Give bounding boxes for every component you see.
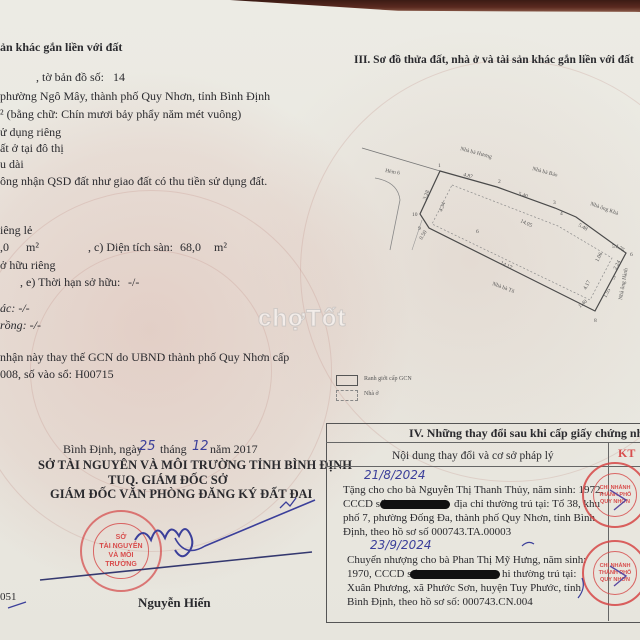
house-type: iêng lẻ xyxy=(0,223,32,237)
neighbor-label: Nhà ông Khả xyxy=(589,201,619,217)
point-label: 9 xyxy=(418,226,421,232)
land-origin: ông nhận QSD đất như giao đất có thu tiề… xyxy=(0,174,267,188)
redacted-id xyxy=(410,570,500,579)
ownership-term-value: -/- xyxy=(128,275,139,289)
initials-mark xyxy=(280,498,296,508)
entry-line: 1970, CCCD số xyxy=(347,567,417,581)
point-label: 3 xyxy=(553,200,556,206)
legend-dashed-symbol xyxy=(336,390,358,401)
legend-solid-symbol xyxy=(336,375,358,386)
neighbor-label: Nhà bà Hương xyxy=(459,146,492,160)
house-length: 4.17 xyxy=(582,279,592,291)
plot-diagram: Nhà bà Hương Nhà bà Bảo Nhà ông Khả Nhà … xyxy=(350,140,640,340)
signer-name: Nguyễn Hiến xyxy=(138,596,211,610)
point-label: 1 xyxy=(438,163,441,169)
table-divider xyxy=(326,442,640,443)
point-label: 7 xyxy=(613,276,616,282)
edge-length: 1.55 xyxy=(602,287,612,299)
house-length: 4.34 xyxy=(438,201,447,212)
alley-label: Hẻm 6 xyxy=(385,168,401,177)
land-purpose: ất ở tại đô thị xyxy=(0,141,64,155)
point-label: 10 xyxy=(412,212,418,218)
signing-month: 12 xyxy=(192,440,209,454)
redacted-id xyxy=(380,500,450,509)
other-line-2: rồng: -/- xyxy=(0,318,41,332)
neighbor-label: Nhà ông Hành xyxy=(618,267,630,300)
point-label: 2 xyxy=(498,179,501,185)
legend-label: Nhà ở xyxy=(364,390,379,399)
month-label: tháng xyxy=(160,442,187,456)
table-column-header: Nội dung thay đổi và cơ sở pháp lý xyxy=(392,449,554,463)
section-heading: ản khác gắn liền với đất xyxy=(0,40,122,54)
house-length: 1.40 xyxy=(577,299,588,310)
year-label: năm 2017 xyxy=(210,442,258,456)
edge-length: 14.17 xyxy=(499,260,513,271)
alley-line xyxy=(375,178,400,250)
house-length: 1.06 xyxy=(594,251,604,263)
construction-area-value: ,0 xyxy=(0,240,9,254)
edge-length: 4.87 xyxy=(462,172,473,180)
entry-date: 21/8/2024 xyxy=(364,468,426,482)
construction-area-unit: m² xyxy=(26,240,39,254)
edge-length: 2.24 xyxy=(612,259,622,271)
watermark: chợTốt xyxy=(258,305,346,333)
usage-term: u dài xyxy=(0,157,24,171)
ownership-term-label: , e) Thời hạn sở hữu: xyxy=(20,275,120,289)
signing-day: 25 xyxy=(139,440,156,454)
floor-area-label: , c) Diện tích sàn: xyxy=(88,240,173,254)
floor-area-value: 68,0 xyxy=(180,240,201,254)
registry-number: 051 xyxy=(0,590,17,604)
address-line: phường Ngô Mây, thành phố Quy Nhơn, tỉnh… xyxy=(0,89,270,103)
issuing-org: SỞ TÀI NGUYÊN VÀ MÔI TRƯỜNG TỈNH BÌNH ĐỊ… xyxy=(38,458,352,472)
house-length: 14.05 xyxy=(519,218,533,229)
neighbor-label: Nhà bà Bảo xyxy=(531,166,558,179)
signature-scribble xyxy=(135,529,192,556)
entry-line: Định, theo hồ sơ số 000743.TA.00003 xyxy=(343,525,511,539)
plot-number: 6 xyxy=(476,229,479,235)
point-label: 4 xyxy=(560,211,563,217)
edge-length: 5.40 xyxy=(517,191,528,200)
other-line-1: ác: -/- xyxy=(0,301,30,315)
note-line-2: 008, số vào sổ: H00715 xyxy=(0,367,114,381)
point-label: 6 xyxy=(630,252,633,258)
area-in-words: ² (bằng chữ: Chín mươi bảy phẩy năm mét … xyxy=(0,107,241,121)
note-line-1: nhận này thay thế GCN do UBND thành phố … xyxy=(0,350,289,364)
official-initials xyxy=(500,470,640,610)
legend-label: Ranh giới cấp GCN xyxy=(364,375,412,384)
stamp-header: KT xyxy=(618,446,635,460)
edge-length: 3.28 xyxy=(422,189,431,200)
map-sheet-label: , tờ bản đồ số: xyxy=(36,70,104,84)
map-sheet-number: 14 xyxy=(113,70,125,84)
section-iii-title: III. Sơ đồ thửa đất, nhà ở và tài sản kh… xyxy=(354,53,634,67)
floor-area-unit: m² xyxy=(214,240,227,254)
signature-underline xyxy=(40,552,312,580)
ownership-form: ở hữu riêng xyxy=(0,258,56,272)
place-date-prefix: Bình Định, ngày xyxy=(63,442,143,456)
table-divider xyxy=(326,466,640,467)
signature-strokes xyxy=(0,480,330,610)
signature-flourish xyxy=(175,500,315,551)
entry-date: 23/9/2024 xyxy=(370,538,432,552)
usage-form: ử dụng riêng xyxy=(0,125,61,139)
point-label: 8 xyxy=(594,318,597,324)
section-iv-title: IV. Những thay đổi sau khi cấp giấy chứn… xyxy=(409,426,640,440)
neighbor-label: Nhà bà Tú xyxy=(491,281,515,295)
